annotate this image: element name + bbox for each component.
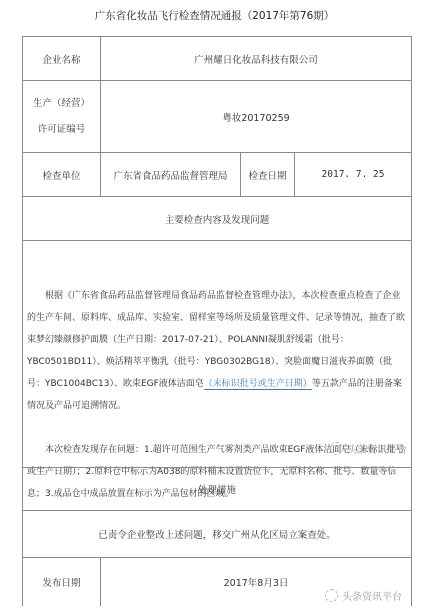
findings-content: 根据《广东省食品药品监督管理局食品药品监督检查管理办法》，本次检查重点检查了企业…	[23, 241, 412, 506]
watermark-logo-icon	[325, 589, 338, 602]
measures-value: 已责令企业整改上述问题，移交广州从化区局立案查处。	[23, 511, 412, 558]
date-value: 2017. 7. 25	[295, 153, 412, 197]
publish-label: 发布日期	[23, 558, 101, 606]
info-table: 企业名称 广州耀日化妆品科技有限公司 生产（经营） 许可证编号 粤妆201702…	[22, 36, 412, 505]
watermark-logo-icon	[330, 442, 343, 455]
license-label: 生产（经营） 许可证编号	[23, 81, 101, 153]
page-title: 广东省化妆品飞行检查情况通报（2017年第76期）	[0, 8, 429, 23]
company-value: 广州耀日化妆品科技有限公司	[101, 37, 412, 81]
watermark: 头条资讯平台	[330, 441, 407, 456]
company-label: 企业名称	[23, 37, 101, 81]
measures-header: 处理措施	[23, 468, 412, 511]
inspector-value: 广东省食品药品监督管理局	[101, 153, 241, 197]
measures-table: 处理措施 已责令企业整改上述问题，移交广州从化区局立案查处。 发布日期 2017…	[22, 467, 412, 606]
batch-link[interactable]: （未标识批号或生产日期）	[204, 379, 312, 390]
findings-header: 主要检查内容及发现问题	[23, 197, 412, 241]
inspector-label: 检查单位	[23, 153, 101, 197]
watermark: 头条资讯平台	[325, 588, 402, 603]
license-value: 粤妆20170259	[101, 81, 412, 153]
findings-paragraph-1: 根据《广东省食品药品监督管理局食品药品监督检查管理办法》，本次检查重点检查了企业…	[27, 285, 407, 417]
date-label: 检查日期	[241, 153, 295, 197]
